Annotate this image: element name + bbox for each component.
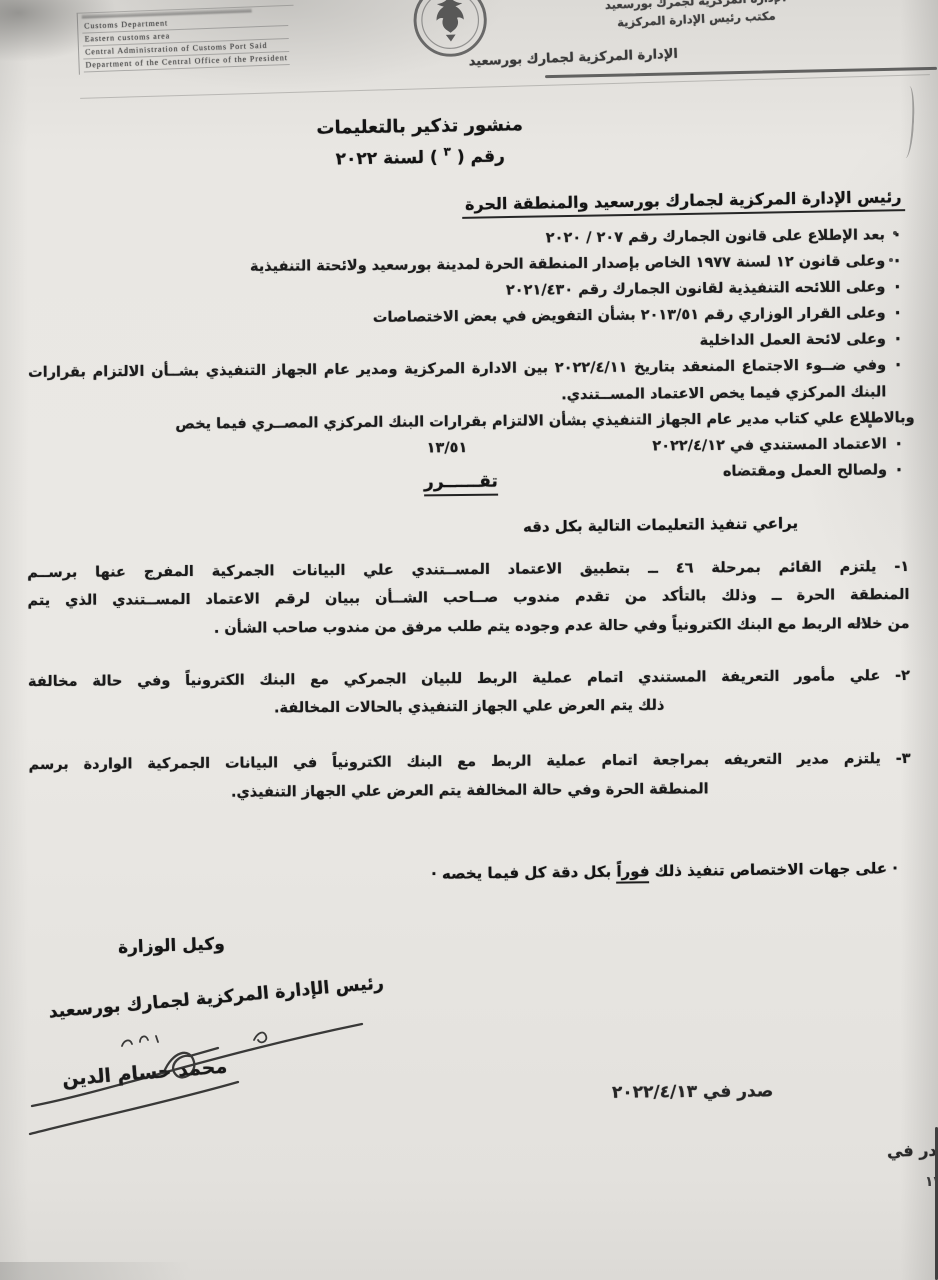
bullet-marker: ·: [886, 327, 910, 353]
preamble-text: الاعتماد المستندي في ٢٠٢٢/٤/١٢: [652, 431, 887, 459]
document-number-line: رقم ( ٣ ) لسنة ٢٠٢٢: [0, 138, 840, 176]
preamble-text: وفي ضــوء الاجتماع المنعقد بتاريخ ٢٠٢٢/٤…: [28, 353, 886, 413]
bullet-marker: ·: [887, 431, 911, 457]
number-prefix: رقم (: [451, 147, 505, 168]
scan-artifact-dot: [889, 258, 893, 262]
preamble-list: · بعد الإطلاع على قانون الجمارك رقم ٢٠٧ …: [27, 222, 911, 491]
scan-artifact-arc: [899, 86, 916, 159]
closing-text: بكل دقة كل فيما يخصه ·: [431, 863, 617, 883]
bullet-marker: ·: [886, 353, 910, 379]
letterhead-english-block: Customs Department Eastern customs area …: [77, 5, 296, 75]
scan-artifact-smudge: [0, 1262, 190, 1280]
eagle-seal-icon: [410, 0, 491, 60]
decision-heading: تقــــــرر: [424, 472, 498, 497]
instruction-item: ٢- علي مأمور التعريفة المستندي اتمام عمل…: [28, 662, 910, 725]
letterhead-arabic-right: الإدارة المركزية لجمرك بورسعيد مكتب رئيس…: [590, 0, 801, 33]
bullet-marker: ·: [885, 222, 909, 248]
bullet-marker: ·: [887, 457, 911, 483]
side-reference-number: ١٣/٥١: [427, 435, 468, 461]
closing-emphasized-word: فوراً: [616, 862, 649, 883]
scanned-document-page: Customs Department Eastern customs area …: [0, 0, 938, 1280]
page-edge-line: [935, 1127, 938, 1280]
handwritten-signature-icon: [26, 1006, 371, 1141]
bullet-marker: ·: [885, 274, 909, 300]
document-title-block: منشور تذكير بالتعليمات رقم ( ٣ ) لسنة ٢٠…: [0, 109, 840, 176]
scan-artifact-dot: [868, 424, 872, 428]
closing-text: · على جهات الاختصاص تنفيذ ذلك: [649, 859, 898, 880]
instruction-item: ١- يلتزم القائم بمرحلة ٤٦ ــ بتطبيق الاع…: [27, 553, 910, 644]
number-suffix: ) لسنة ٢٠٢٢: [336, 148, 444, 170]
issue-date: صدر في ٢٠٢٢/٤/١٣: [612, 1081, 773, 1102]
issuing-authority-heading: رئيس الإدارة المركزية لجمارك بورسعيد وال…: [462, 187, 905, 219]
instructions-intro: يراعي تنفيذ التعليمات التالية بكل دقه: [523, 514, 798, 536]
bullet-marker: ·: [886, 300, 910, 326]
preamble-item: · وفي ضــوء الاجتماع المنعقد بتاريخ ٢٠٢٢…: [28, 353, 910, 413]
instruction-item: ٣- يلتزم مدير التعريفه بمراجعة اتمام عمل…: [28, 745, 910, 808]
instructions-list: ١- يلتزم القائم بمرحلة ٤٦ ــ بتطبيق الاع…: [27, 553, 911, 808]
scan-artifact-dot: [893, 231, 897, 235]
signatory-role-deputy-minister: وكيل الوزارة: [118, 934, 225, 958]
closing-directive: · على جهات الاختصاص تنفيذ ذلك فوراً بكل …: [431, 859, 898, 883]
letterhead-arabic-center: الإدارة المركزية لجمارك بورسعيد: [468, 47, 678, 70]
edge-issued-text: صدر في: [887, 1140, 938, 1160]
